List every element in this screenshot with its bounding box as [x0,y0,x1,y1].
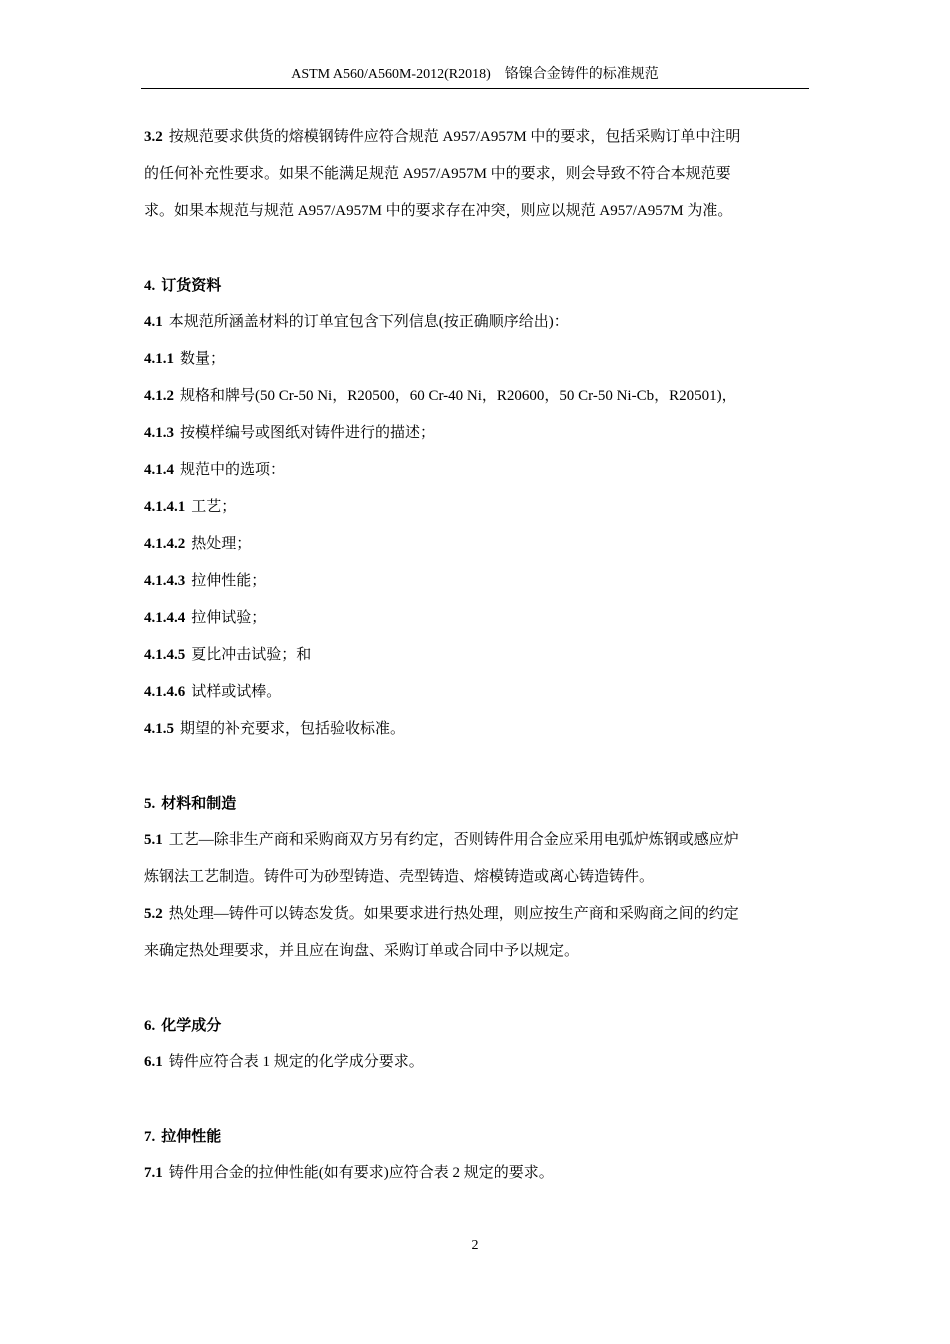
header-title: ASTM A560/A560M-2012(R2018) 铬镍合金铸件的标准规范 [291,67,659,82]
clause-4-1-5: 4.1.5期望的补充要求，包括验收标准。 [144,711,810,748]
section-heading-7: 7.拉伸性能 [144,1118,810,1155]
clause-4-1: 4.1本规范所涵盖材料的订单宜包含下列信息(按正确顺序给出)： [144,304,810,341]
clause-4-1-4-1: 4.1.4.1工艺； [144,489,810,526]
clause-6-1: 6.1铸件应符合表 1 规定的化学成分要求。 [144,1044,810,1081]
clause-number: 3.2 [144,129,163,145]
clause-4-1-4-2: 4.1.4.2热处理； [144,526,810,563]
clause-5-1: 5.1工艺—除非生产商和采购商双方另有约定，否则铸件用合金应采用电弧炉炼钢或感应… [144,822,810,896]
clause-3-2: 3.2按规范要求供货的熔模钢铸件应符合规范 A957/A957M 中的要求，包括… [144,119,810,230]
page-number: 2 [0,1238,950,1254]
clause-text: 按规范要求供货的熔模钢铸件应符合规范 A957/A957M 中的要求，包括采购订… [169,129,741,145]
clause-4-1-2: 4.1.2规格和牌号(50 Cr-50 Ni，R20500，60 Cr-40 N… [144,378,810,415]
clause-text: 的任何补充性要求。如果不能满足规范 A957/A957M 中的要求，则会导致不符… [144,156,810,193]
clause-4-1-4-3: 4.1.4.3拉伸性能； [144,563,810,600]
clause-4-1-3: 4.1.3按模样编号或图纸对铸件进行的描述； [144,415,810,452]
clause-4-1-4: 4.1.4规范中的选项： [144,452,810,489]
clause-5-2: 5.2热处理—铸件可以铸态发货。如果要求进行热处理，则应按生产商和采购商之间的约… [144,896,810,970]
page-header: ASTM A560/A560M-2012(R2018) 铬镍合金铸件的标准规范 [141,64,809,89]
clause-text: 求。如果本规范与规范 A957/A957M 中的要求存在冲突，则应以规范 A95… [144,193,810,230]
clause-4-1-4-4: 4.1.4.4拉伸试验； [144,600,810,637]
document-body: 3.2按规范要求供货的熔模钢铸件应符合规范 A957/A957M 中的要求，包括… [144,119,810,1192]
section-heading-4: 4.订货资料 [144,267,810,304]
clause-list-4: 4.1本规范所涵盖材料的订单宜包含下列信息(按正确顺序给出)： 4.1.1数量；… [144,304,810,748]
clause-4-1-1: 4.1.1数量； [144,341,810,378]
clause-4-1-4-6: 4.1.4.6试样或试棒。 [144,674,810,711]
section-heading-6: 6.化学成分 [144,1007,810,1044]
clause-7-1: 7.1铸件用合金的拉伸性能(如有要求)应符合表 2 规定的要求。 [144,1155,810,1192]
section-heading-5: 5.材料和制造 [144,785,810,822]
clause-4-1-4-5: 4.1.4.5夏比冲击试验；和 [144,637,810,674]
